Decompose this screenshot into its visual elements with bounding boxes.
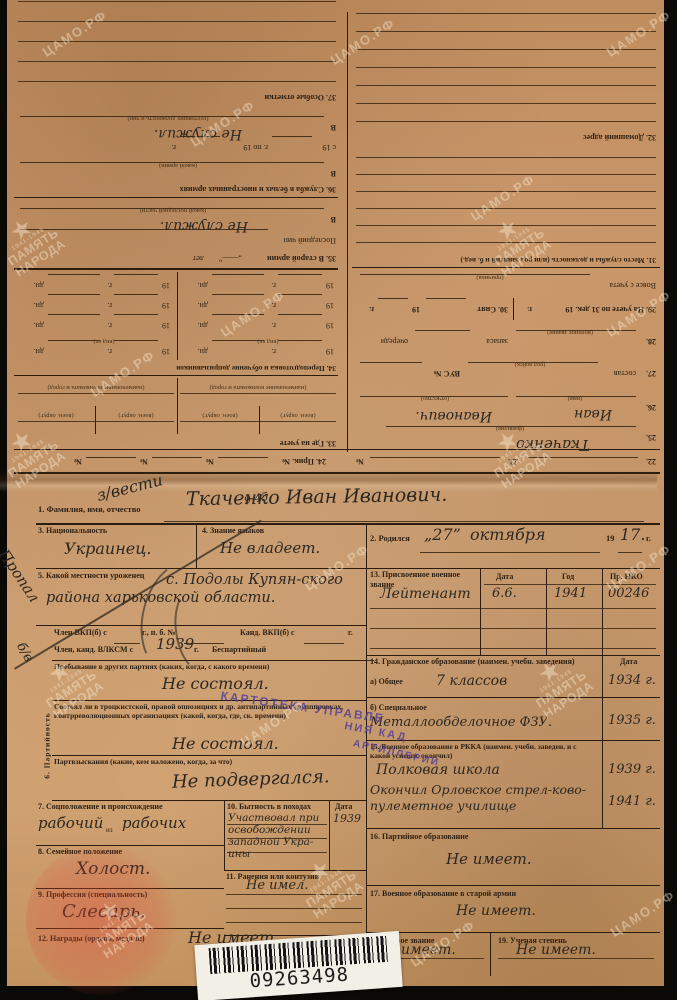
ruled-line: [370, 628, 656, 629]
ruled-line: [356, 85, 656, 86]
social-position-cell: 7. Соцположение и происхождение рабочий …: [36, 800, 224, 846]
divider: [480, 568, 481, 655]
general-education-date: 1934 г.: [608, 673, 656, 688]
field-27: 27. состав (род войск) ВУС №: [352, 354, 660, 386]
special-education-date: 1935 г.: [608, 713, 656, 728]
blank: [48, 274, 100, 284]
ruled-line: [356, 49, 656, 50]
social-origin-handwritten: рабочий: [38, 814, 103, 832]
blank: [114, 314, 158, 324]
campaigns-handwritten: Участвовал при освобождении западной Укр…: [228, 812, 328, 860]
old-army-education-cell: 17. Военное образование в старой армии Н…: [366, 885, 660, 933]
era: г.: [108, 300, 112, 310]
academic-row: 18. Ученое звание Не имеет. 19. Ученая с…: [366, 932, 660, 976]
blank: [272, 136, 312, 146]
divider: [513, 298, 514, 320]
divider: [177, 378, 178, 434]
v-label: В: [331, 214, 336, 224]
blank: [48, 314, 100, 324]
blank: [278, 274, 322, 284]
ruled-line: [227, 852, 327, 853]
voenkomat-sublabel: (наименование военкомата и город): [180, 384, 336, 391]
blank: [218, 457, 268, 467]
field-31-label: 31. Место службы и должность (или род за…: [461, 256, 657, 265]
fields-29-30: 29. На учете по 31 дек. 19 г. 30. Снят 1…: [352, 296, 660, 322]
divider: [196, 523, 197, 568]
divider: [95, 406, 96, 434]
ruled-line: [356, 67, 656, 68]
dn: дн.: [34, 346, 44, 356]
era: г.: [272, 320, 276, 330]
field-34-table: 19г.дн. (вид ее) 19г.дн. 19г.дн. 19г.дн.…: [14, 272, 338, 360]
y19: 19: [326, 320, 334, 330]
ruled-line: [356, 121, 656, 122]
okrug-sublabel: (воен. округ): [262, 412, 334, 419]
blank: [152, 457, 202, 467]
dn: дн.: [198, 320, 208, 330]
number-sign: №: [140, 456, 148, 466]
ruled-line: [226, 894, 362, 895]
ruled-line: [366, 697, 660, 698]
ruled-line: [18, 421, 174, 422]
v-label: В: [331, 168, 336, 178]
rank-handwritten: Лейтенант: [380, 586, 471, 602]
field-30-pre: 19: [412, 304, 420, 314]
ruled-line: [18, 1, 336, 2]
divider: [602, 740, 603, 828]
field-35: 35. В старой армии „——” лет: [14, 246, 338, 270]
y19: 19: [162, 346, 170, 356]
back-right-column: 33. Где на учете (воен. округ) (воен. ок…: [14, 12, 338, 452]
served-last-unit-row: В Не служил. (какой последней части): [14, 198, 338, 230]
ruled-line: [356, 103, 656, 104]
okrug-sublabel: (воен. округ): [184, 412, 256, 419]
field-4-label: 4. Знание языков: [202, 526, 264, 536]
ruled-line: [356, 174, 656, 175]
field-29-era: г.: [527, 304, 532, 314]
field-35-quote: „——”: [219, 253, 242, 263]
field-26-label: 26.: [646, 402, 656, 412]
field-31: 31. Место службы и должность (или род за…: [352, 143, 660, 268]
served-position-row: В Не служил. (состоящих должность и чин): [14, 106, 338, 136]
civil-education-table: 14. Гражданское образование (наимен. уче…: [366, 655, 660, 741]
y19: 19: [326, 346, 334, 356]
blank: [114, 274, 158, 284]
era: г.: [108, 346, 112, 356]
vid-sublabel: (вид ее): [228, 338, 308, 345]
iz-label: из: [106, 826, 113, 834]
field-28-ochered: очереди: [381, 336, 408, 346]
field-16-label: 16. Партийное образование: [370, 832, 468, 842]
blank: [212, 314, 264, 324]
kand-label: Канд. ВКП(б) с: [240, 628, 295, 638]
ruled-line: [180, 421, 336, 422]
field-27-sostav: состав: [614, 368, 636, 378]
last-unit-sublabel: (какой последней части): [98, 207, 248, 214]
blank: [212, 274, 264, 284]
field-35-label: 35. В старой армии: [267, 253, 336, 263]
rank-order-handwritten: 00246: [608, 586, 649, 601]
col-date: Дата: [620, 657, 637, 667]
full-name-handwritten: Ткаченко Иван Иванович.: [186, 484, 448, 511]
ruled-line: [227, 838, 327, 839]
ruled-line: [356, 208, 656, 209]
blank: [86, 457, 136, 467]
dn: дн.: [34, 280, 44, 290]
field-7-label: 7. Соцположение и происхождение: [38, 802, 220, 812]
field-14-label: 14. Гражданское образование (наимен. уче…: [370, 657, 590, 667]
divider: [177, 272, 178, 360]
birth-year-handwritten: 17.: [620, 525, 645, 544]
dn: дн.: [34, 320, 44, 330]
field-29-label: 29. На учете по 31 дек. 19: [565, 304, 656, 314]
field-26-sub-name: (имя): [540, 395, 610, 402]
firstname-handwritten: Иван: [574, 406, 612, 422]
field-28: 28. (военное звание) запаса очереди: [352, 322, 660, 354]
position-rank-sublabel: (состоящих должность и чин): [88, 115, 248, 122]
ruled-line: [356, 13, 656, 14]
rank-table: 13. Присвоенное военное звание Дата Год …: [366, 568, 660, 656]
vovse-row: Вовсе с учета (причина): [352, 270, 660, 296]
field-3-label: 3. Национальность: [38, 526, 107, 536]
ruled-line: [18, 61, 336, 62]
field-25-label: 25.: [646, 432, 656, 442]
divider: [490, 932, 491, 976]
military-school-date: 1941 г.: [608, 794, 656, 809]
field-2-label: 2. Родился: [370, 533, 410, 543]
col-year: Год: [562, 572, 574, 582]
wounds-cell: 11. Ранения или контузии Не имел.: [224, 870, 366, 936]
birth-day-handwritten: „27”: [424, 525, 461, 544]
ruled-line: [370, 648, 656, 649]
divider: [602, 568, 603, 655]
field-26: 26. Иван (имя) Иванович. (отчество): [352, 386, 660, 422]
campaigns-date-handwritten: 1939: [333, 812, 361, 825]
ruled-line: [356, 191, 656, 192]
blank: [278, 314, 322, 324]
born-row: 2. Родился „27” октября 19 17. г.: [366, 523, 660, 569]
field-37: 37. Особые отметки: [14, 0, 338, 104]
field-28-label: 28.: [646, 336, 656, 346]
campaigns-cell: 10. Бытность в походах Дата Участвовал п…: [224, 800, 367, 871]
era: г.: [108, 320, 112, 330]
back-left-column: 25. Ткаченко (фамилия) 26. Иван (имя) Ив…: [352, 12, 660, 452]
field-36-header: 36. Служба в белых и иностранных армиях: [14, 181, 338, 198]
okrug-sublabel: (воен. округ): [20, 412, 92, 419]
y19: 19: [326, 300, 334, 310]
languages-handwritten: Не владеет.: [220, 539, 320, 557]
blank: [114, 634, 140, 644]
blank: [528, 457, 638, 467]
party-penalties-handwritten: Не подвергался.: [172, 766, 330, 792]
col-date: Дата: [496, 572, 513, 582]
ruled-line: [18, 393, 174, 394]
old-army-education-handwritten: Не имеет.: [456, 903, 536, 919]
y19: 19: [326, 280, 334, 290]
blank: [415, 330, 470, 340]
blank: [278, 294, 322, 304]
field-1-label: 1. Фамилия, имя, отчество: [38, 504, 141, 514]
field-36-label: 36. Служба в белых и иностранных армиях: [180, 184, 336, 194]
blank: [48, 294, 100, 304]
dn: дн.: [198, 280, 208, 290]
dates-pre: с 19: [322, 142, 336, 152]
field-17-label: 17. Военное образование в старой армии: [370, 889, 516, 899]
trotskyist-handwritten: Не состоял.: [172, 734, 279, 753]
blank: [378, 298, 408, 308]
field-37-label: 37. Особые отметки: [264, 92, 336, 102]
ruled-line: [356, 31, 656, 32]
blank: [370, 457, 500, 467]
era: г.: [272, 300, 276, 310]
blank: [114, 294, 158, 304]
rank-year-handwritten: 1941: [554, 586, 587, 601]
birth-month-handwritten: октября: [470, 525, 546, 544]
field-27-vus: ВУС №: [434, 368, 460, 378]
bespartiyny-label: Беспартийный: [212, 645, 266, 655]
field-23-number-sign: №: [356, 456, 364, 466]
blank: [420, 543, 600, 553]
scanned-card-page: 22. 23. № 24. Прик. № № № № 25. Ткаченко…: [0, 0, 677, 1000]
rank-date-handwritten: 6.6.: [492, 586, 517, 601]
vid-sublabel: (вид ее): [64, 338, 144, 345]
field-34-label: 34. Переподготовка и обучение допризывни…: [176, 364, 336, 373]
special-education-handwritten: Металлообделочное ФЗУ.: [370, 715, 552, 730]
field-27-label: 27.: [646, 368, 656, 378]
ruled-line: [226, 922, 362, 923]
blank: [360, 362, 422, 372]
field-33-table: (воен. округ) (воен. округ) (воен. округ…: [14, 378, 338, 434]
ruled-line: [18, 41, 336, 42]
field-28-sublabel: (военное звание): [520, 329, 620, 336]
red-ink-blotch: [26, 845, 176, 995]
not-served-handwritten: Не служил.: [154, 126, 242, 142]
birth-century: 19: [606, 533, 615, 543]
field-10-date-header: Дата: [335, 802, 352, 812]
card-back-rotated: 22. 23. № 24. Прик. № № № № 25. Ткаченко…: [14, 10, 660, 474]
field-23-label: 23.: [508, 456, 518, 466]
general-education-label: а) Общее: [370, 677, 403, 687]
which-army-sublabel: (какой армии): [128, 162, 228, 169]
field-27-sublabel: (род войск): [490, 361, 570, 368]
ruled-line: [356, 157, 656, 158]
field-30-era: г.: [369, 304, 374, 314]
surname-handwritten: Ткаченко: [516, 436, 590, 454]
number-sign: №: [206, 456, 214, 466]
vovse-label: Вовсе с учета: [609, 280, 656, 290]
era: г.: [272, 280, 276, 290]
academic-degree-handwritten: Не имеет.: [516, 942, 596, 958]
field-32: 32. Домашний адрес: [352, 0, 660, 144]
ruled-line: [356, 225, 656, 226]
party-education-handwritten: Не имеет.: [446, 850, 532, 868]
ruled-line: [484, 584, 656, 585]
v-label: В: [331, 122, 336, 132]
divider: [259, 406, 260, 434]
nationality-languages-row: 3. Национальность Украинец. 4. Знание яз…: [36, 523, 366, 569]
back-column-divider: [347, 12, 348, 452]
military-school-handwritten: Окончил Орловское стрел-ково-пулеметное …: [370, 782, 596, 815]
dn: дн.: [34, 300, 44, 310]
patronymic-handwritten: Иванович.: [415, 408, 492, 424]
party-penalties-label: Партвзыскания (какие, кем наложено, когд…: [54, 757, 232, 766]
ruled-line: [356, 242, 656, 243]
divider: [546, 568, 547, 655]
ruled-line: [370, 608, 656, 609]
y19: 19: [162, 280, 170, 290]
field-30-label: 30. Снят: [477, 304, 508, 314]
field-25-sublabel: (фамилия): [450, 425, 570, 432]
ruled-line: [498, 958, 654, 959]
last-rank-label: Последний чин: [284, 235, 336, 245]
blank: [618, 543, 642, 553]
voenkomat-sublabel: (наименование военкомата и город): [18, 384, 174, 391]
ruled-line: [18, 21, 336, 22]
field-28-zapas: запаса: [486, 336, 508, 346]
era: г.: [272, 346, 276, 356]
field-26-sub-patronymic: (отчество): [390, 395, 480, 402]
y19: 19: [162, 320, 170, 330]
field-33-label: 33. Где на учете: [280, 438, 336, 448]
dates-era: г.: [172, 142, 176, 152]
col-order: Пр. НКО: [610, 572, 643, 582]
field-22-label: 22.: [646, 456, 656, 466]
other-parties-handwritten: Не состоял.: [162, 674, 269, 693]
field-24-label: 24. Прик. №: [282, 456, 326, 466]
blank: [426, 298, 466, 308]
which-army-row: В (какой армии): [14, 156, 338, 182]
blank: [212, 294, 264, 304]
general-education-handwritten: 7 классов: [436, 673, 507, 689]
ruled-line: [18, 81, 336, 82]
dates-mid: г. по 19: [243, 142, 268, 152]
birth-era: г.: [646, 533, 651, 543]
field-35-let: лет: [193, 253, 204, 263]
vlksm-label: Член, канд. ВЛКСМ с: [54, 645, 133, 655]
vovse-sublabel: (причина): [440, 274, 540, 281]
field-34-header: 34. Переподготовка и обучение допризывни…: [14, 359, 338, 376]
ruled-line: [226, 908, 362, 909]
era: г.: [108, 280, 112, 290]
party-penalties-row: Партвзыскания (какие, кем наложено, когд…: [52, 755, 366, 801]
regimental-school-date: 1939 г.: [608, 762, 656, 777]
number-sign: №: [74, 456, 82, 466]
not-served-handwritten: Не служил.: [160, 218, 248, 234]
field-25: 25. Ткаченко (фамилия): [352, 422, 660, 452]
blank: [164, 512, 644, 522]
okrug-sublabel: (воен. округ): [100, 412, 172, 419]
blank: [304, 634, 344, 644]
party-education-cell: 16. Партийное образование Не имеет.: [366, 828, 660, 886]
wounds-handwritten: Не имел.: [246, 878, 308, 893]
nationality-handwritten: Украинец.: [64, 539, 151, 558]
kand-g: г.: [348, 628, 353, 638]
social-origin2-handwritten: рабочих: [122, 814, 186, 832]
dn: дн.: [198, 300, 208, 310]
dn: дн.: [198, 346, 208, 356]
ruled-line: [227, 824, 327, 825]
field-32-label: 32. Домашний адрес: [583, 132, 656, 142]
ruled-line: [180, 393, 336, 394]
divider: [329, 800, 330, 870]
field-10-label: 10. Бытность в походах: [227, 802, 311, 812]
y19: 19: [162, 300, 170, 310]
